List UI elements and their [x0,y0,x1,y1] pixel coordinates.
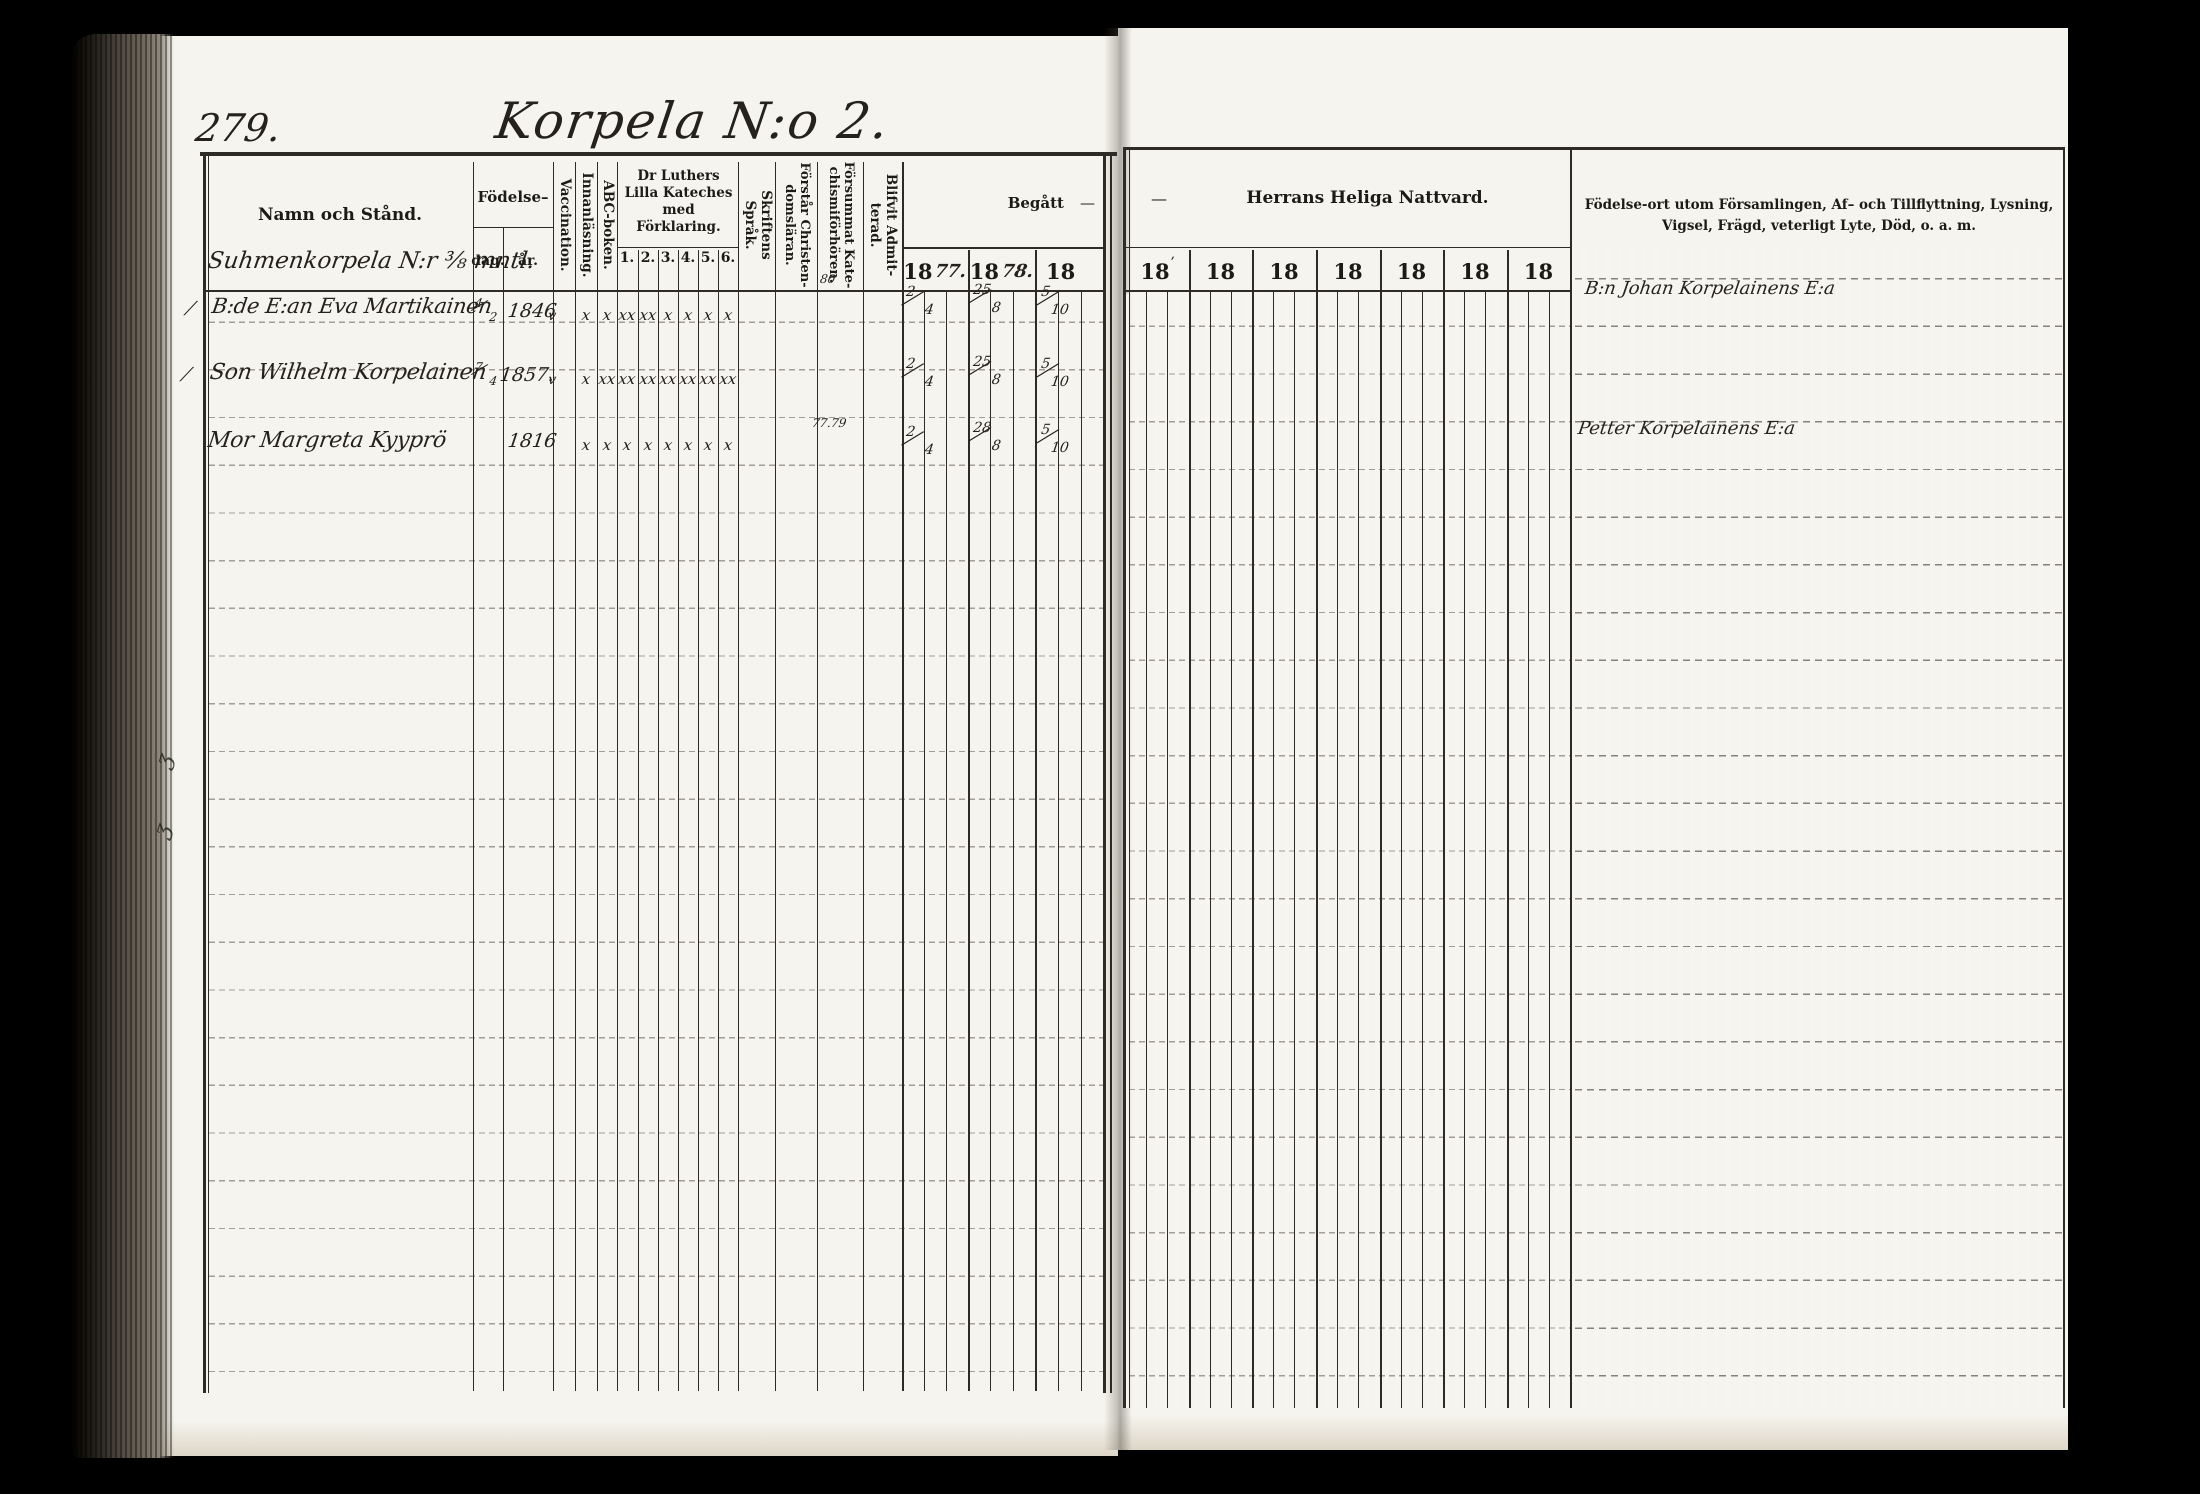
year-printed: 18 [1046,259,1075,284]
communion-date-row3-year3: 5⁄10 [1038,422,1073,456]
year-printed: 18 [1140,259,1169,284]
exam-mark-row2-col8: xx [714,370,743,388]
grid-vline [1081,292,1082,1391]
right-year-cell: 18 [1189,252,1252,290]
row-note: B:n Johan Korpelainens E:a [1584,278,1837,299]
row-birth-year: 1816 [506,430,557,452]
catechism-col-number: 1. [616,250,638,266]
col-header-understands: Förstår Christen­domsläran. [778,159,814,291]
row-name: B:de E:an Eva Martikainen [210,294,493,318]
year-subcol-line [1401,292,1402,1408]
grid-vline [1189,250,1191,1408]
communion-date-row2-year3-part: 10 [1050,374,1070,390]
year-handwritten: 78. [1000,261,1034,282]
year-subcol-line [1273,292,1274,1408]
year-printed: 18 [1460,259,1489,284]
communion-date-row2-year2: 25⁄8 [970,354,1005,388]
missed-note: 77.79 [811,416,847,430]
grid-vline [203,152,206,1393]
year-subcol-line [1231,292,1232,1408]
right-year-cell: 18 [1252,252,1316,290]
right-header-bottom-rule [1125,290,1570,292]
vaccination-mark-row1: v [539,308,565,324]
year-subcol-line [1485,292,1486,1408]
col-header-name: Namn och Stånd. [210,198,470,232]
grid-vline [1252,250,1254,1408]
grid-vline [902,162,904,1391]
right-years-ruling [1125,294,1570,1408]
scanned-book-spread: ʒ ʒ 279. Korpela N:o 2. Namn och Stånd. … [0,0,2200,1494]
year-subcol-line [1422,292,1423,1408]
grid-vline [1110,152,1112,1393]
communion-date-row2-year1: 2⁄4 [903,356,938,390]
communion-date-row1-year3-part: 10 [1050,302,1070,318]
grid-vline [946,292,947,1391]
grid-vline [208,152,209,1393]
grid-vline [1316,250,1318,1408]
col-header-birth: Födelse– [473,182,553,212]
begatt-label: Begått [1008,194,1064,212]
grid-vline [1507,250,1509,1408]
grid-vline [678,250,679,1391]
grid-vline [617,162,618,1391]
year-subcol-line [1464,292,1465,1408]
year-subcol-line [1337,292,1338,1408]
communion-date-row2-year3: 5⁄10 [1038,356,1073,390]
grid-vline [863,162,864,1391]
birth-day-fraction-row1: 4⁄2 [472,296,500,324]
catechism-col-number: 4. [677,250,699,266]
year-printed: 18 [1269,259,1298,284]
page-title: Korpela N:o 2. [492,92,894,150]
catechism-col-number: 2. [637,250,659,266]
row-name: Mor Margreta Kyyprö [206,428,448,453]
col-header-notes: Födelse-ort utom Församlingen, Af– och T… [1580,186,2058,246]
communion-date-row1-year1: 2⁄4 [903,284,938,318]
grid-vline [658,250,659,1391]
vaccination-mark-row2: v [539,372,565,388]
grid-vline [1058,292,1059,1391]
row-name: Son Wilhelm Korpelainen [208,360,488,385]
nattvard-band: — Herrans Heliga Nattvard. [1127,150,1568,246]
year-subcol-line [1167,292,1168,1408]
year-printed: 18 [1397,259,1426,284]
grid-hline [473,227,553,228]
col-header-day: dag. [473,238,503,284]
grid-vline [473,162,474,1391]
nattvard-dash: — [1151,189,1167,208]
year-subcol-line [1146,292,1147,1408]
year-subcol-line [1528,292,1529,1408]
right-year-cell: 18 [1380,252,1443,290]
birth-day-fraction-row2: 7⁄4 [472,360,500,388]
year-printed: 18 [1524,259,1553,284]
col-header-catechism: Dr Luthers Lilla Kateches med Förklaring… [619,172,738,232]
col-header-script: Skriftens Språk. [739,183,775,267]
year-printed: 18 [1333,259,1362,284]
communion-date-row1-year2: 25⁄8 [970,282,1005,316]
grid-vline [968,250,970,1391]
communion-date-row3-year3-part: 10 [1050,440,1070,456]
grid-vline [1103,152,1106,1393]
col-header-admitted: Blifvit Admit­terad. [864,159,900,291]
communion-date-row1-year3: 5⁄10 [1038,284,1073,318]
book-spine-edge [70,34,174,1458]
catechism-col-number: 3. [657,250,679,266]
grid-vline [738,162,739,1391]
grid-hline [1125,247,1570,248]
left-table-top-rule [200,152,1117,156]
grid-vline [503,228,504,1391]
year-handwritten: 77. [934,261,968,282]
missed-note: 80 [819,272,836,286]
grid-vline [817,162,818,1391]
grid-vline [1129,148,1130,1408]
grid-vline [1380,250,1382,1408]
row-note: Petter Korpelainens E:a [1577,418,1797,439]
communion-date-row3-year1: 2⁄4 [903,424,938,458]
year-printed: 18 [903,259,932,284]
exam-mark-row1-col8: x [714,306,743,324]
grid-vline [1123,148,1126,1408]
grid-vline [2063,148,2065,1408]
grid-vline [1443,250,1445,1408]
begatt-dash: — [1080,194,1095,212]
right-year-cell: 18 [1443,252,1507,290]
grid-vline [1013,292,1014,1391]
right-year-cell: 18ʹ [1125,252,1189,290]
exam-mark-row3-col8: x [714,436,743,454]
grid-hline [617,247,738,248]
year-subcol-line [1549,292,1550,1408]
year-printed: 18 [970,259,999,284]
nattvard-label: Herrans Heliga Nattvard. [1167,188,1568,208]
year-subcol-line [1294,292,1295,1408]
grid-vline [553,162,554,1391]
communion-date-row3-year2: 28⁄8 [970,420,1005,454]
page-number: 279. [193,106,284,150]
year-printed: 18 [1206,259,1235,284]
grid-vline [1035,250,1037,1391]
grid-vline [597,162,598,1391]
begatt-band: Begått — [904,158,1101,248]
grid-vline [638,250,639,1391]
grid-vline [990,292,991,1391]
year-subcol-line [1210,292,1211,1408]
catechism-col-number: 6. [717,250,739,266]
grid-vline [1570,148,1572,1408]
right-year-cell: 18 [1316,252,1380,290]
left-header-bottom-rule [204,290,1105,292]
year-subcol-line [1358,292,1359,1408]
catechism-col-number: 5. [697,250,719,266]
grid-vline [775,162,776,1391]
grid-vline [698,250,699,1391]
grid-vline [575,162,576,1391]
right-year-cell: 18 [1507,252,1570,290]
grid-vline [718,250,719,1391]
